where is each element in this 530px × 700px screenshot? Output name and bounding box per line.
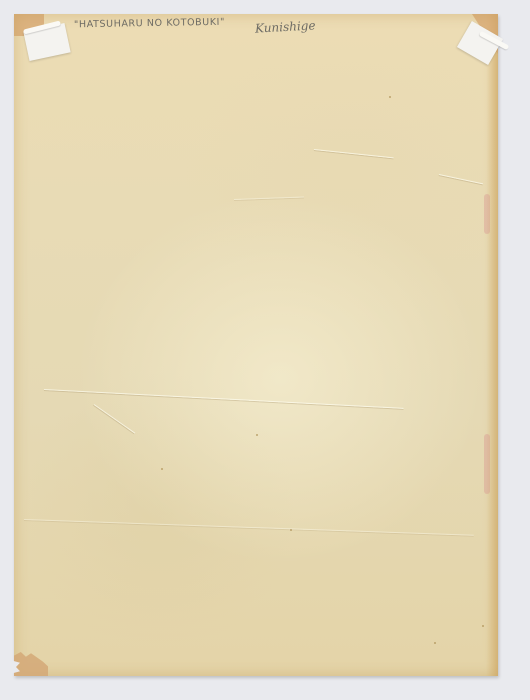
speck bbox=[256, 434, 258, 436]
crease-line bbox=[314, 149, 394, 158]
crease-line bbox=[439, 174, 483, 184]
photo-scene: "HATSUHARU NO KOTOBUKI" Kunishige bbox=[0, 0, 530, 700]
paper-edge-discoloration bbox=[486, 14, 498, 676]
crease-line bbox=[234, 197, 304, 200]
speck bbox=[482, 625, 484, 627]
pink-stain bbox=[484, 194, 490, 234]
speck bbox=[389, 96, 391, 98]
crease-line bbox=[94, 404, 136, 433]
speck bbox=[290, 529, 292, 531]
speck bbox=[161, 468, 163, 470]
pink-stain bbox=[484, 434, 490, 494]
print-paper-back bbox=[14, 14, 498, 676]
crease-line bbox=[24, 519, 474, 536]
speck bbox=[434, 642, 436, 644]
